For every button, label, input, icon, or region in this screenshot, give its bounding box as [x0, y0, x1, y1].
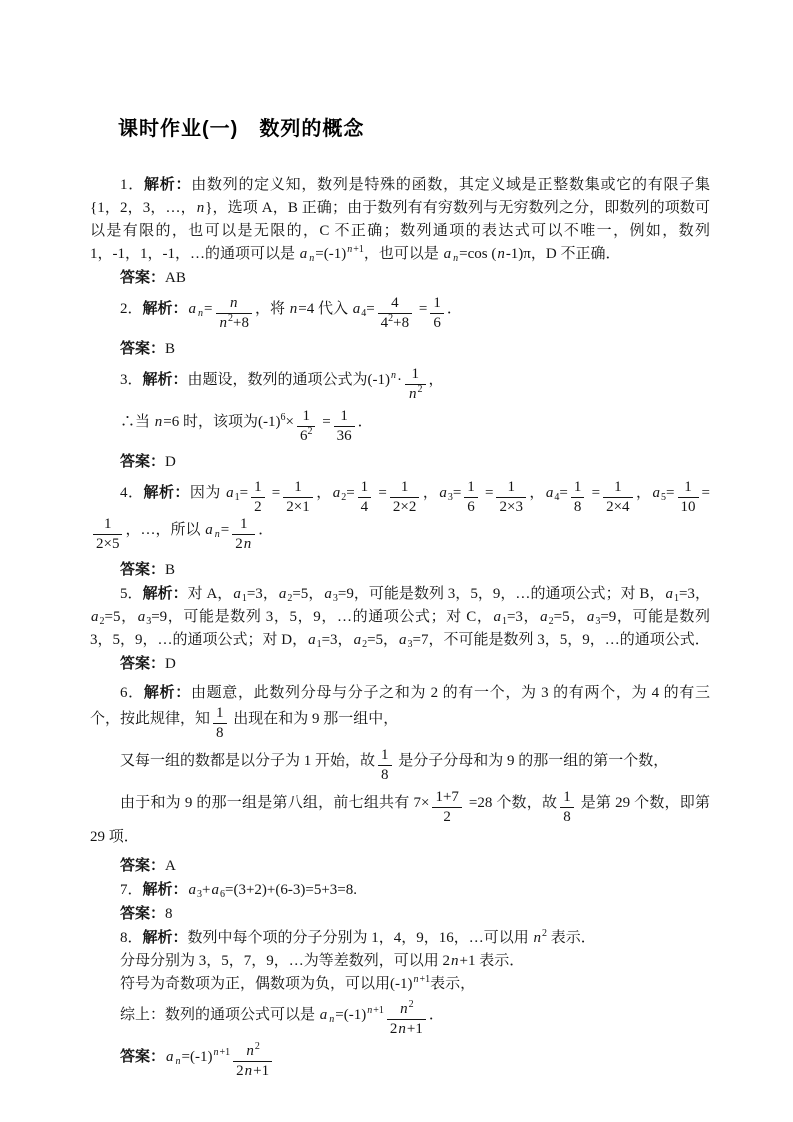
text-run: =5， [367, 632, 398, 648]
text-run: 2 [236, 1063, 244, 1079]
text-run: +1 [373, 1005, 384, 1016]
math-variable: a [664, 586, 674, 602]
text-run: 1 [412, 366, 420, 382]
text-run: =3， [247, 586, 278, 602]
text-run: 由题设，数列的通项公式为(-1) [188, 372, 391, 388]
text-run: +8 [233, 315, 249, 331]
fraction-numerator: 1 [390, 479, 419, 497]
text-run: 2 [418, 384, 423, 395]
math-variable: a [232, 586, 242, 602]
math-variable: a [545, 485, 555, 501]
fraction: 12n [232, 516, 255, 553]
superscript: n+1 [212, 1047, 230, 1058]
text-run: ， [316, 485, 332, 501]
bold-label: 答案： [120, 857, 165, 874]
fraction: 12×5 [93, 516, 122, 553]
text-run: =cos ( [459, 246, 496, 262]
solution-8-line1: 8．解析：数列中每个项的分子分别为 1，4，9，16，…可以用 n2 表示． [90, 926, 710, 950]
text-run: = [318, 414, 330, 430]
superscript: 2 [307, 426, 312, 437]
bold-label: 解析： [144, 684, 191, 701]
text-run: 36 [337, 428, 352, 444]
math-variable: a [204, 522, 214, 538]
math-variable: a [188, 301, 198, 317]
text-run: 综上：数列的通项公式可以是 [120, 1007, 319, 1023]
solution-6-line3: 由于和为 9 的那一组是第八组，前七组共有 7×1+72 =28 个数，故18 … [90, 789, 710, 849]
math-variable: a [90, 609, 100, 625]
text-run: = [453, 485, 461, 501]
text-run: 2×2 [393, 499, 416, 515]
text-run: 4 [391, 295, 399, 311]
fraction-denominator: 2×2 [390, 497, 419, 516]
text-run: =3， [679, 586, 710, 602]
text-run: =9，可能是数列 3，5，9，…的通项公式；对 C， [151, 609, 492, 625]
math-variable: a [323, 586, 333, 602]
answer-6: 答案：A [90, 854, 710, 878]
text-run: 1+7 [435, 789, 458, 805]
fraction-denominator: n2 [405, 384, 426, 403]
document-body: 1．解析：由数列的定义知，数列是特殊的函数，其定义域是正整数集或它的有限子集{1… [90, 173, 710, 1080]
solution-8-line3: 符号为奇数项为正，偶数项为负，可以用(-1)n+1表示， [90, 973, 710, 996]
math-variable: a [319, 1007, 329, 1023]
bold-label: 解析： [143, 929, 188, 946]
fraction: 1n2 [405, 366, 426, 403]
text-run: 4． [120, 485, 143, 501]
text-run: = [268, 485, 281, 501]
text-run: 8 [574, 499, 582, 515]
text-run: 2． [120, 301, 143, 317]
math-variable: a [492, 609, 502, 625]
fraction-denominator: 42+8 [378, 313, 412, 332]
text-run: 4 [361, 499, 369, 515]
text-run: 出现在和为 9 那一组中， [230, 711, 399, 727]
bold-label: 答案： [120, 561, 165, 578]
math-variable: n [533, 930, 543, 946]
text-run: 1 [574, 479, 582, 495]
text-run: ， [422, 485, 438, 501]
fraction-denominator: 4 [358, 497, 372, 516]
solution-7: 7．解析：a3+a6=(3+2)+(6-3)=5+3=8. [90, 878, 710, 902]
math-variable: n [408, 386, 418, 402]
math-variable: a [398, 632, 408, 648]
solution-5: 5．解析：对 A，a1=3，a2=5，a3=9，可能是数列 3，5，9，…的通项… [90, 582, 710, 652]
solution-4: 4．解析：因为 a1=12 =12×1，a2=14 =12×2，a3=16 =1… [90, 479, 710, 553]
fraction-numerator: 1 [297, 408, 316, 426]
text-run: +1 [420, 974, 431, 985]
text-run: = [702, 485, 710, 501]
text-run: · [397, 372, 402, 388]
answer-7: 答案：8 [90, 902, 710, 926]
fraction: 18 [560, 789, 574, 826]
text-run: =5， [292, 586, 323, 602]
fraction: 1+72 [432, 789, 461, 826]
text-run: 5． [120, 586, 143, 602]
solution-6-line1: 6．解析：由题意，此数列分母与分子之和为 2 的有一个，为 3 的有两个，为 4… [90, 681, 710, 742]
fraction: 12×2 [390, 479, 419, 516]
text-run: = [240, 485, 248, 501]
text-run: =(-1) [315, 246, 346, 262]
fraction-numerator: n2 [387, 1001, 426, 1019]
text-run: 2 [235, 536, 243, 552]
text-run: 2×5 [96, 536, 119, 552]
math-variable: n [219, 315, 229, 331]
text-run: 1 [401, 479, 409, 495]
subscript: n [197, 308, 204, 319]
math-variable: n [214, 529, 221, 540]
bold-label: 解析： [143, 300, 188, 317]
text-run: +1 [253, 1063, 269, 1079]
math-variable: n [413, 974, 420, 985]
text-run: 1 [433, 295, 441, 311]
fraction-denominator: 2n+1 [233, 1061, 272, 1080]
math-variable: n [229, 295, 239, 311]
fraction-denominator: 2n [232, 534, 255, 553]
solution-2: 2．解析：an=nn2+8，将 n=4 代入 a4=442+8 =16． [90, 295, 710, 332]
text-run: 又每一组的数都是以分子为 1 开始，故 [120, 753, 375, 769]
text-run: 因为 [190, 485, 225, 501]
text-run: =3， [507, 609, 539, 625]
answer-3: 答案：D [90, 450, 710, 474]
math-variable: n [399, 1001, 409, 1017]
fraction-denominator: 2n+1 [387, 1019, 426, 1038]
text-run: 1 [216, 705, 224, 721]
fraction-numerator: 1 [283, 479, 312, 497]
text-run: 2×1 [286, 499, 309, 515]
text-run: D [165, 454, 176, 470]
text-run: 1 [381, 747, 389, 763]
fraction-denominator: 8 [378, 765, 392, 784]
text-run: 2 [307, 426, 312, 437]
math-variable: a [353, 632, 363, 648]
text-run: ， [636, 485, 652, 501]
text-run: 1 [684, 479, 692, 495]
text-run: =3， [322, 632, 353, 648]
math-variable: a [586, 609, 596, 625]
text-run: =4 代入 [298, 301, 351, 317]
text-run: 1 [614, 479, 622, 495]
fraction: 18 [571, 479, 585, 516]
text-run: 数列中每个项的分子分别为 1，4，9，16，…可以用 [188, 930, 533, 946]
text-run: 是分子分母和为 9 的那一组的第一个数， [395, 753, 669, 769]
math-variable: a [352, 301, 362, 317]
superscript: 2 [409, 999, 414, 1010]
text-run: ∴当 [120, 414, 154, 430]
math-variable: n [397, 1021, 407, 1037]
math-variable: a [165, 1049, 175, 1065]
fraction-numerator: 1 [358, 479, 372, 497]
subscript: n [175, 1056, 182, 1067]
fraction-denominator: 2×5 [93, 534, 122, 553]
fraction-denominator: 36 [334, 426, 355, 445]
text-run: ． [358, 414, 373, 430]
text-run: 6 [467, 499, 475, 515]
text-run: ， [429, 372, 444, 388]
text-run: 2 [255, 1041, 260, 1052]
text-run: +1 [407, 1021, 423, 1037]
fraction-denominator: 2×4 [603, 497, 632, 516]
solution-6-line2: 又每一组的数都是以分子为 1 开始，故18 是分子分母和为 9 的那一组的第一个… [90, 747, 710, 784]
text-run: = [374, 485, 387, 501]
text-run: = [415, 301, 427, 317]
text-run: 8． [120, 930, 143, 946]
math-variable: a [188, 882, 198, 898]
text-run: 1 [563, 789, 571, 805]
text-run: 由于和为 9 的那一组是第八组，前七组共有 7× [120, 795, 429, 811]
text-run: ，…，所以 [125, 522, 204, 538]
text-run: 1 [254, 479, 262, 495]
fraction-denominator: 8 [571, 497, 585, 516]
text-run: 1 [294, 479, 302, 495]
text-run: 对 A， [188, 586, 233, 602]
answer-5: 答案：D [90, 652, 710, 676]
text-run: = [666, 485, 674, 501]
text-run: =(-1) [182, 1049, 213, 1065]
bold-label: 解析： [143, 585, 188, 602]
text-run: 8 [165, 906, 173, 922]
bold-label: 解析： [143, 881, 188, 898]
text-run: 1 [507, 479, 515, 495]
page-title: 课时作业(一) 数列的概念 [118, 112, 710, 141]
fraction-denominator: 2 [251, 497, 265, 516]
answer-2: 答案：B [90, 337, 710, 361]
text-run: =(-1) [335, 1007, 366, 1023]
fraction: 136 [334, 408, 355, 445]
text-run: 8 [563, 809, 571, 825]
text-run: +1 表示． [460, 953, 525, 969]
text-run: 2 [409, 999, 414, 1010]
superscript: 2 [418, 384, 423, 395]
text-run: = [587, 485, 600, 501]
text-run: ， [529, 485, 545, 501]
text-run: B [165, 562, 175, 578]
fraction-numerator: 1 [251, 479, 265, 497]
fraction-denominator: 8 [213, 723, 227, 742]
math-variable: a [307, 632, 317, 648]
math-variable: a [652, 485, 662, 501]
text-run: 2 [443, 809, 451, 825]
fraction-numerator: 1 [464, 479, 478, 497]
answer-4: 答案：B [90, 558, 710, 582]
math-variable: a [332, 485, 342, 501]
text-run: ，将 [255, 301, 289, 317]
fraction-numerator: 1 [603, 479, 632, 497]
fraction: n22n+1 [387, 1001, 426, 1038]
text-run: = [204, 301, 212, 317]
math-variable: n [197, 308, 204, 319]
fraction-numerator: 1 [560, 789, 574, 807]
bold-label: 答案： [120, 655, 165, 672]
text-run: + [202, 882, 210, 898]
bold-label: 解析： [143, 484, 189, 501]
math-variable: n [245, 1043, 255, 1059]
fraction-numerator: 1 [232, 516, 255, 534]
fraction-numerator: 1 [213, 705, 227, 723]
text-run: 1 [467, 479, 475, 495]
text-run: =(3+2)+(6-3)=5+3=8. [225, 882, 357, 898]
fraction: 12×3 [496, 479, 525, 516]
text-run: +1 [353, 244, 364, 255]
bold-label: 答案： [120, 453, 165, 470]
text-run: 分母分别为 3，5，7，9，…为等差数列，可以用 2 [120, 953, 450, 969]
fraction-denominator: 6 [464, 497, 478, 516]
math-variable: a [137, 609, 147, 625]
text-run: -1)π，D 不正确． [506, 246, 621, 262]
fraction-numerator: n [216, 295, 252, 313]
math-variable: n [154, 414, 164, 430]
text-run: = [221, 522, 229, 538]
text-run: 表示， [430, 976, 475, 992]
text-run: × [285, 414, 293, 430]
fraction-denominator: 6 [430, 313, 444, 332]
text-run: =6 时，该项为(-1) [163, 414, 280, 430]
fraction: 12×4 [603, 479, 632, 516]
answer-8: 答案：an=(-1)n+1n22n+1 [90, 1043, 710, 1080]
text-run: 2×3 [499, 499, 522, 515]
text-run: =7，不可能是数列 3，5，9，…的通项公式． [413, 632, 710, 648]
worksheet-page: 课时作业(一) 数列的概念 1．解析：由数列的定义知，数列是特殊的函数，其定义域… [0, 0, 793, 1122]
text-run: = [559, 485, 567, 501]
text-run: ，也可以是 [364, 246, 443, 262]
fraction-denominator: n2+8 [216, 313, 252, 332]
fraction-numerator: 1+7 [432, 789, 461, 807]
fraction: 16 [430, 295, 444, 332]
text-run: +8 [393, 315, 409, 331]
text-run: 符号为奇数项为正，偶数项为负，可以用(-1) [120, 976, 413, 992]
text-run: =5， [105, 609, 137, 625]
fraction-denominator: 62 [297, 426, 316, 445]
text-run: 1 [340, 408, 348, 424]
superscript: 2 [255, 1041, 260, 1052]
fraction-denominator: 2×3 [496, 497, 525, 516]
math-variable: a [225, 485, 235, 501]
math-variable: n [450, 953, 460, 969]
solution-3-line1: 3．解析：由题设，数列的通项公式为(-1)n·1n2， [90, 366, 710, 403]
answer-1: 答案：AB [90, 266, 710, 290]
text-run: 3． [120, 372, 143, 388]
text-run: 1 [361, 479, 369, 495]
fraction-denominator: 8 [560, 807, 574, 826]
math-variable: a [211, 882, 221, 898]
math-variable: n [196, 200, 206, 216]
fraction: n22n+1 [233, 1043, 272, 1080]
bold-label: 答案： [120, 269, 165, 286]
math-variable: a [443, 246, 453, 262]
bold-label: 答案： [120, 340, 165, 357]
text-run: 1 [104, 516, 112, 532]
math-variable: n [244, 1063, 254, 1079]
text-run: ． [429, 1007, 444, 1023]
fraction: 162 [297, 408, 316, 445]
text-run: 表示． [547, 930, 596, 946]
text-run: 2 [254, 499, 262, 515]
text-run: 2×4 [606, 499, 629, 515]
math-variable: a [278, 586, 288, 602]
solution-3-line2: ∴当 n=6 时，该项为(-1)6×162 =136． [90, 408, 710, 445]
fraction: 442+8 [378, 295, 412, 332]
text-run: 7． [120, 882, 143, 898]
fraction-numerator: 1 [405, 366, 426, 384]
text-run: 1． [120, 177, 144, 193]
text-run: 6． [120, 685, 144, 701]
math-variable: n [289, 301, 299, 317]
fraction-denominator: 2 [432, 807, 461, 826]
fraction-numerator: 1 [496, 479, 525, 497]
fraction-numerator: 1 [93, 516, 122, 534]
fraction: 16 [464, 479, 478, 516]
text-run: = [366, 301, 374, 317]
fraction-numerator: 1 [430, 295, 444, 313]
text-run: B [165, 341, 175, 357]
fraction: nn2+8 [216, 295, 252, 332]
bold-label: 答案： [120, 905, 165, 922]
fraction-numerator: 1 [571, 479, 585, 497]
bold-label: 解析： [144, 176, 191, 193]
math-variable: a [299, 246, 309, 262]
fraction-numerator: 1 [378, 747, 392, 765]
text-run: = [346, 485, 354, 501]
solution-8-line4: 综上：数列的通项公式可以是 an=(-1)n+1n22n+1． [90, 1001, 710, 1038]
fraction: 12 [251, 479, 265, 516]
text-run: ． [258, 522, 273, 538]
text-run: 10 [681, 499, 696, 515]
superscript: n [390, 370, 397, 381]
superscript: n+1 [366, 1005, 384, 1016]
solution-1: 1．解析：由数列的定义知，数列是特殊的函数，其定义域是正整数集或它的有限子集{1… [90, 173, 710, 266]
text-run: 1 [302, 408, 310, 424]
text-run: A [165, 858, 176, 874]
math-variable: n [390, 370, 397, 381]
math-variable: n [243, 536, 253, 552]
superscript: n+1 [413, 974, 431, 985]
fraction-denominator: 2×1 [283, 497, 312, 516]
fraction: 110 [678, 479, 699, 516]
text-run: 8 [381, 767, 389, 783]
text-run: D [165, 656, 176, 672]
fraction: 12×1 [283, 479, 312, 516]
text-run: 8 [216, 725, 224, 741]
text-run: = [481, 485, 494, 501]
math-variable: n [496, 246, 506, 262]
fraction-numerator: 1 [678, 479, 699, 497]
text-run: 6 [433, 315, 441, 331]
subscript: n [214, 529, 221, 540]
text-run: =9，可能是数列 3，5，9，…的通项公式；对 B， [338, 586, 665, 602]
text-run: AB [165, 270, 186, 286]
text-run: =28 个数，故 [465, 795, 557, 811]
solution-8-line2: 分母分别为 3，5，7，9，…为等差数列，可以用 2n+1 表示． [90, 950, 710, 973]
math-variable: a [438, 485, 448, 501]
bold-label: 答案： [120, 1048, 165, 1065]
fraction-numerator: 4 [378, 295, 412, 313]
text-run: +1 [219, 1047, 230, 1058]
math-variable: a [539, 609, 549, 625]
text-run: ． [447, 301, 462, 317]
fraction-numerator: 1 [334, 408, 355, 426]
text-run: =5， [554, 609, 586, 625]
bold-label: 解析： [143, 371, 188, 388]
math-variable: n [175, 1056, 182, 1067]
fraction: 18 [213, 705, 227, 742]
fraction-numerator: n2 [233, 1043, 272, 1061]
fraction: 14 [358, 479, 372, 516]
superscript: n+1 [346, 244, 364, 255]
text-run: 1 [240, 516, 248, 532]
fraction: 18 [378, 747, 392, 784]
fraction-denominator: 10 [678, 497, 699, 516]
